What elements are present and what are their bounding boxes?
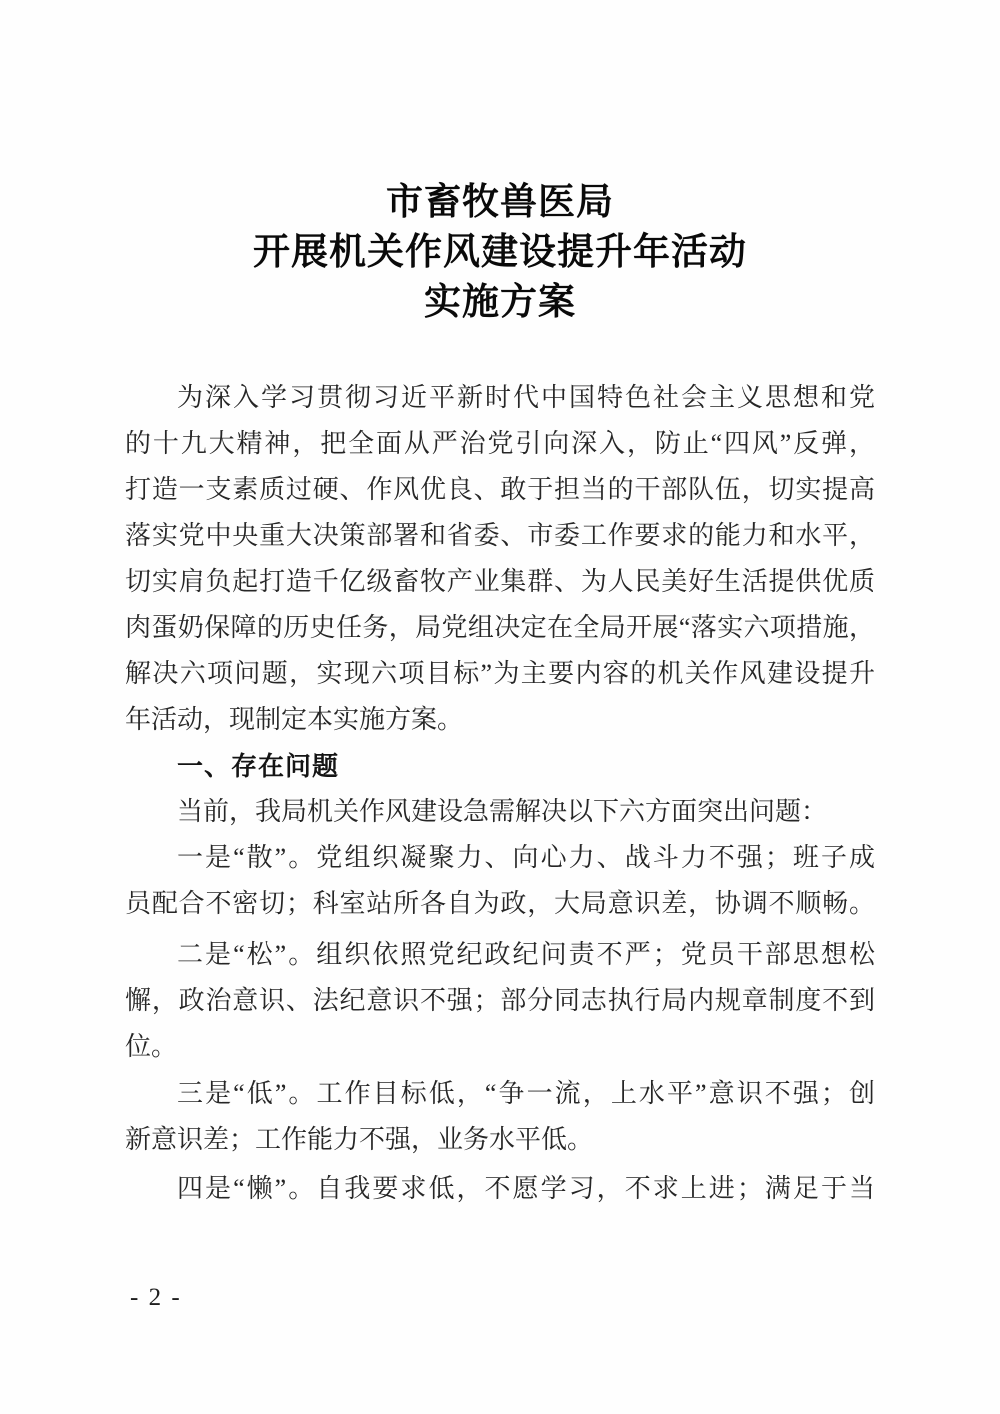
title-line-3: 实施方案 — [125, 278, 875, 328]
body-line: 四是“懒”。自我要求低，不愿学习，不求上进；满足于当 — [125, 1166, 875, 1212]
section-heading-text: 一、存在问题 — [125, 743, 875, 789]
body-line: 年活动，现制定本实施方案。 — [125, 697, 875, 743]
document-page: 市畜牧兽医局 开展机关作风建设提升年活动 实施方案 为深入学习贯彻习近平新时代中… — [0, 0, 1000, 1414]
paragraph-problem-1: 一是“散”。党组织凝聚力、向心力、战斗力不强；班子成 员配合不密切；科室站所各自… — [125, 835, 875, 927]
paragraph-problem-4: 四是“懒”。自我要求低，不愿学习，不求上进；满足于当 — [125, 1166, 875, 1212]
document-title: 市畜牧兽医局 开展机关作风建设提升年活动 实施方案 — [125, 178, 875, 328]
body-line: 的十九大精神，把全面从严治党引向深入，防止“四风”反弹， — [125, 421, 875, 467]
body-line: 三是“低”。工作目标低，“争一流，上水平”意识不强；创 — [125, 1071, 875, 1117]
title-line-2: 开展机关作风建设提升年活动 — [125, 228, 875, 278]
body-line: 新意识差；工作能力不强，业务水平低。 — [125, 1117, 875, 1163]
body-line: 解决六项问题，实现六项目标”为主要内容的机关作风建设提升 — [125, 651, 875, 697]
body-line: 二是“松”。组织依照党纪政纪问责不严；党员干部思想松 — [125, 932, 875, 978]
section-heading-1: 一、存在问题 — [125, 743, 875, 789]
body-line: 切实肩负起打造千亿级畜牧产业集群、为人民美好生活提供优质 — [125, 559, 875, 605]
body-line: 位。 — [125, 1024, 875, 1070]
document-content: 市畜牧兽医局 开展机关作风建设提升年活动 实施方案 为深入学习贯彻习近平新时代中… — [125, 178, 875, 1212]
body-line: 员配合不密切；科室站所各自为政，大局意识差，协调不顺畅。 — [125, 881, 875, 927]
document-body: 为深入学习贯彻习近平新时代中国特色社会主义思想和党 的十九大精神，把全面从严治党… — [125, 375, 875, 1212]
body-line: 懈，政治意识、法纪意识不强；部分同志执行局内规章制度不到 — [125, 978, 875, 1024]
body-line: 肉蛋奶保障的历史任务，局党组决定在全局开展“落实六项措施， — [125, 605, 875, 651]
paragraph-current: 当前，我局机关作风建设急需解决以下六方面突出问题： — [125, 789, 875, 835]
paragraph-intro: 为深入学习贯彻习近平新时代中国特色社会主义思想和党 的十九大精神，把全面从严治党… — [125, 375, 875, 743]
title-line-1: 市畜牧兽医局 — [125, 178, 875, 228]
page-number: - 2 - — [130, 1284, 182, 1312]
paragraph-problem-3: 三是“低”。工作目标低，“争一流，上水平”意识不强；创 新意识差；工作能力不强，… — [125, 1071, 875, 1163]
body-line: 落实党中央重大决策部署和省委、市委工作要求的能力和水平， — [125, 513, 875, 559]
paragraph-problem-2: 二是“松”。组织依照党纪政纪问责不严；党员干部思想松 懈，政治意识、法纪意识不强… — [125, 932, 875, 1070]
body-line: 为深入学习贯彻习近平新时代中国特色社会主义思想和党 — [125, 375, 875, 421]
body-line: 当前，我局机关作风建设急需解决以下六方面突出问题： — [125, 789, 875, 835]
body-line: 一是“散”。党组织凝聚力、向心力、战斗力不强；班子成 — [125, 835, 875, 881]
body-line: 打造一支素质过硬、作风优良、敢于担当的干部队伍，切实提高 — [125, 467, 875, 513]
